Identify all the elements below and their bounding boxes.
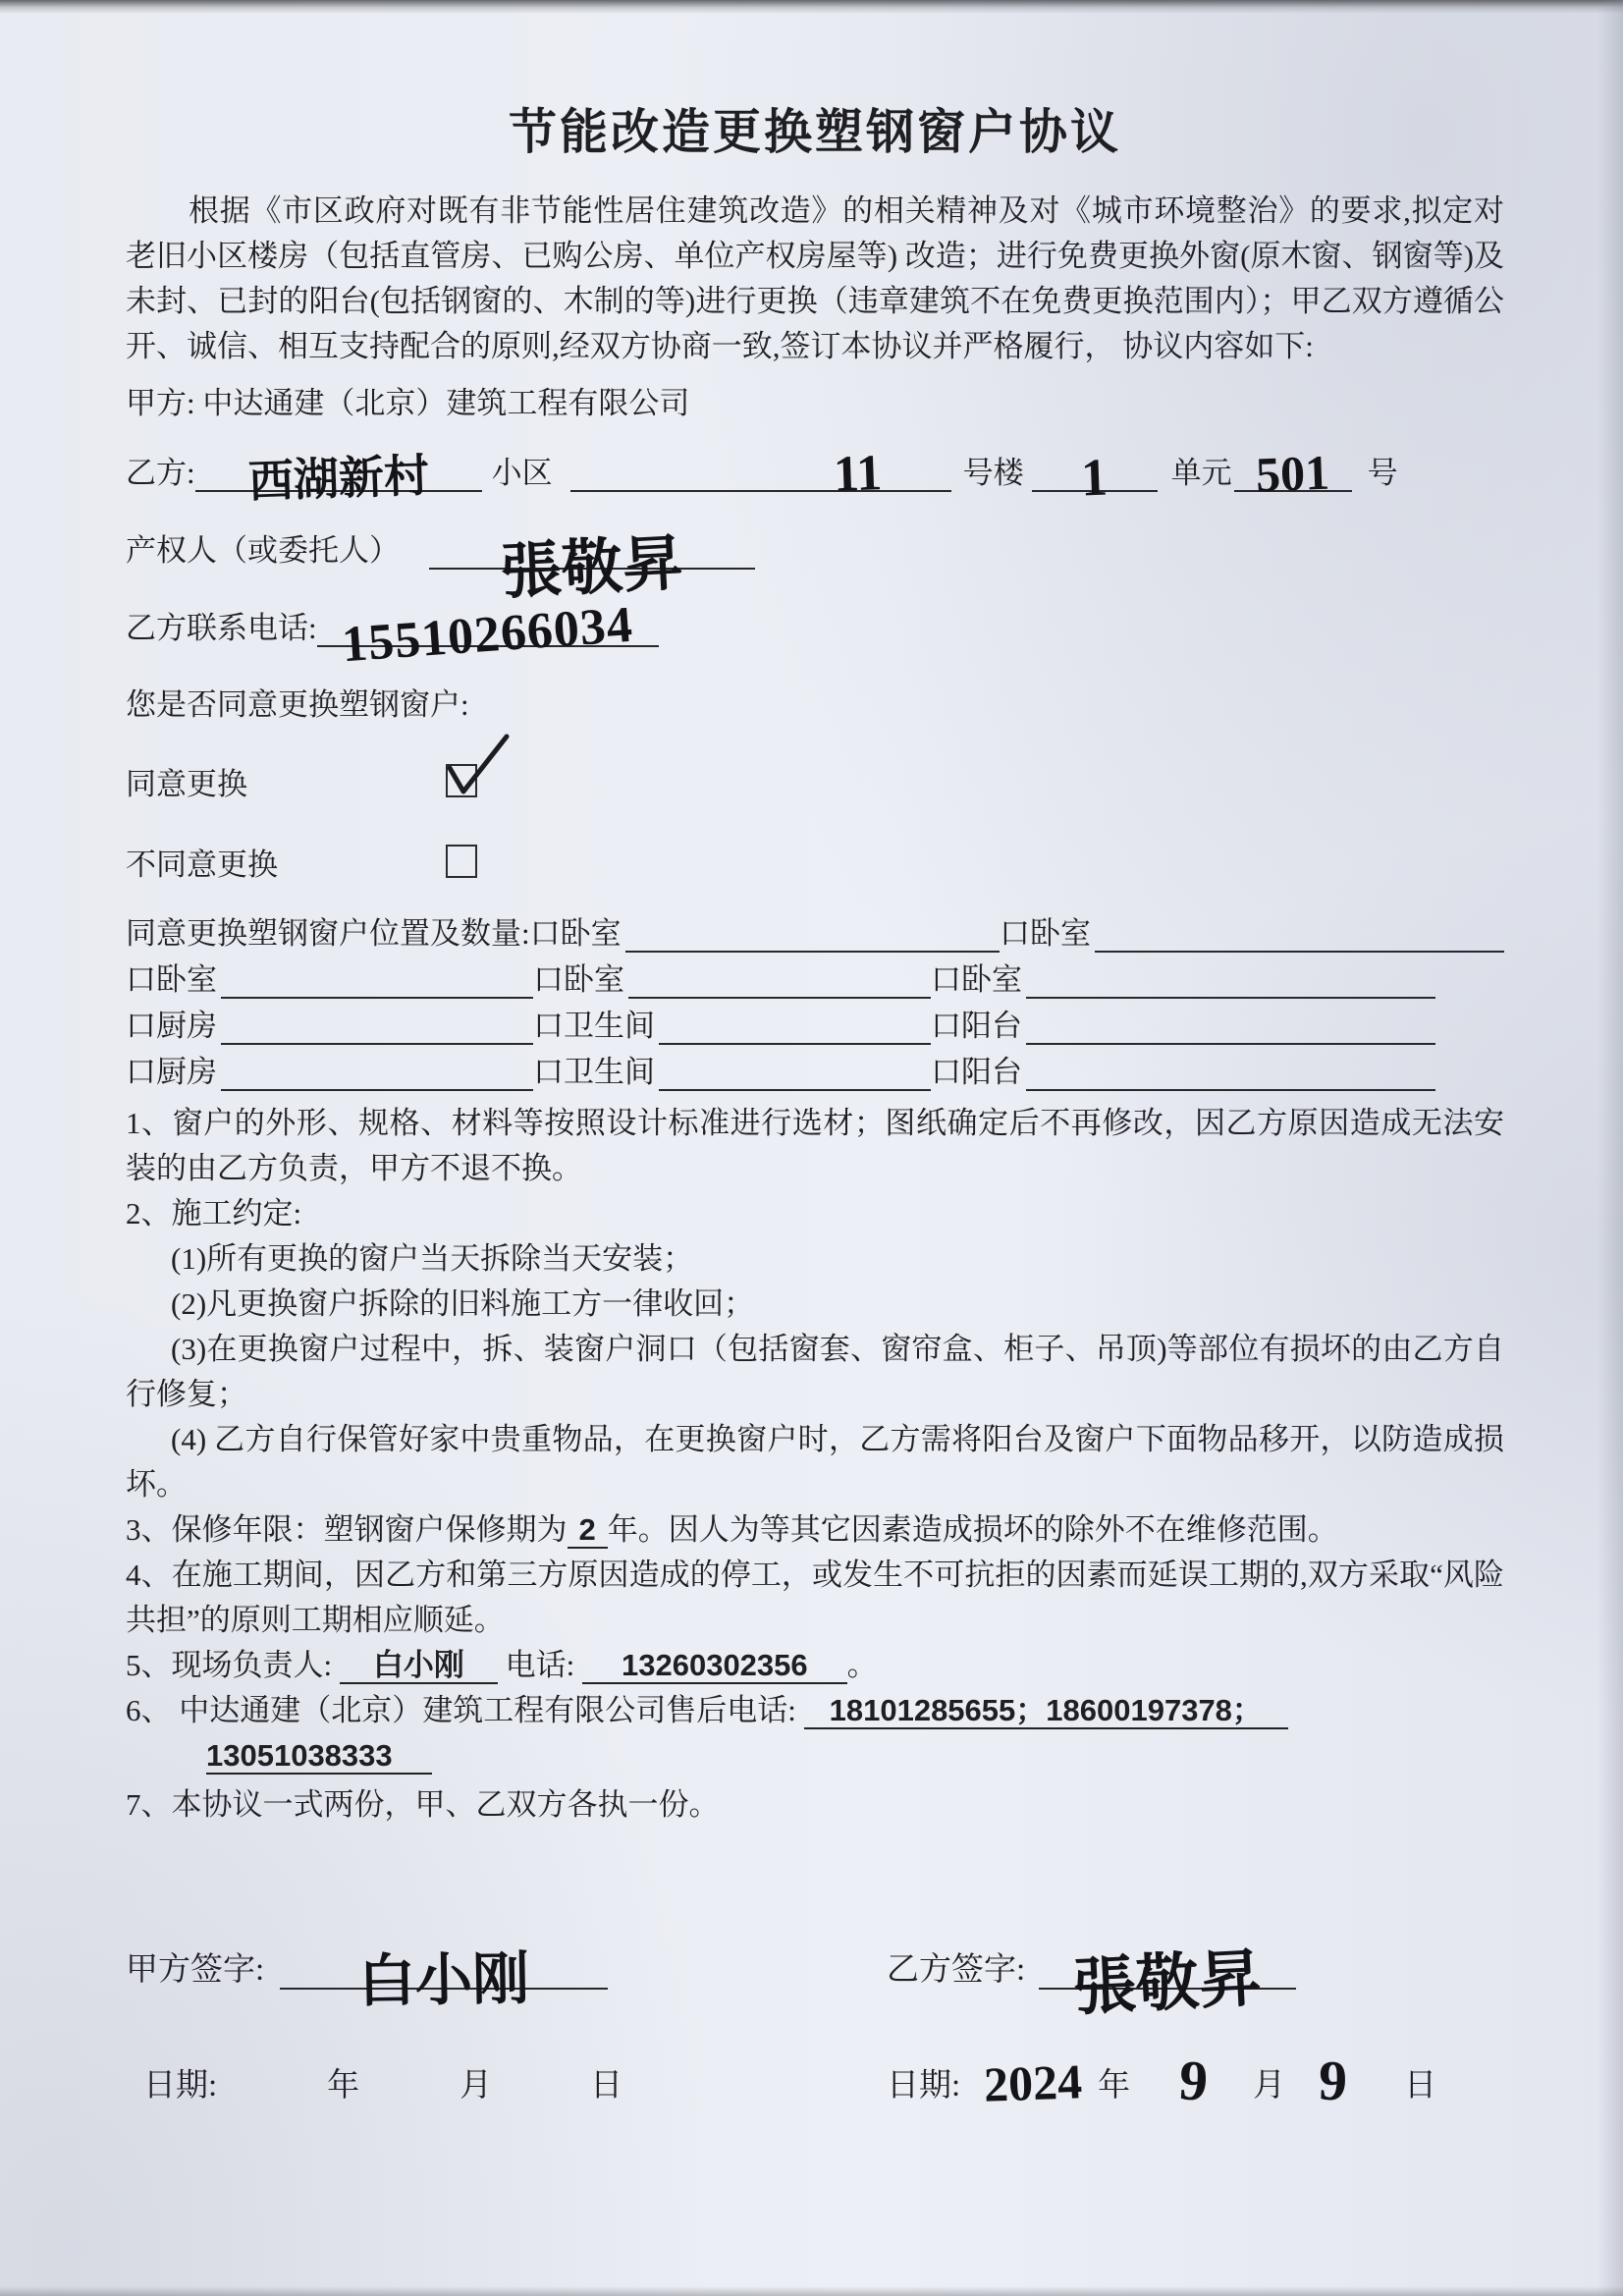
location-item: 口厨房 <box>126 1047 217 1091</box>
location-blank-line <box>628 961 931 999</box>
document-title: 节能改造更换塑钢窗户协议 <box>126 94 1504 163</box>
location-cell: 口卧室 <box>533 955 931 999</box>
unit-suffix: 单元 <box>1171 448 1232 492</box>
phone-field: 15510266034 <box>317 606 659 647</box>
location-cell: 口卫生间 <box>533 1001 931 1045</box>
locations-row-2: 口厨房 口卫生间 口阳台 <box>126 999 1504 1045</box>
location-cell: 口厨房 <box>126 1001 533 1045</box>
party-b-signature-block: 乙方签字: 張敬昇 <box>887 1943 1504 1990</box>
clause-4: 4、在施工期间，因乙方和第三方原因造成的停工，或发生不可抗拒的因素而延误工期的,… <box>126 1553 1504 1643</box>
building-suffix: 号楼 <box>963 448 1024 492</box>
party-a-signature-field: 白小刚 <box>280 1944 608 1990</box>
party-a-year-suffix: 年 <box>327 2059 359 2105</box>
party-a-date-block: 日期: 年 月 日 <box>126 2059 887 2105</box>
site-manager-phone: 13260302356 <box>582 1648 847 1684</box>
party-a-signature-block: 甲方签字: 白小刚 <box>126 1943 887 1990</box>
clause-2-item-1: (1)所有更换的窗户当天拆除当天安装； <box>126 1236 1504 1282</box>
location-cell: 口阳台 <box>931 1001 1435 1045</box>
community-suffix: 小区 <box>492 448 553 492</box>
clause-3-suffix: 年。因人为等其它因素造成损坏的除外不在维修范围。 <box>608 1512 1338 1547</box>
party-b-day-handwriting: 9 <box>1318 2052 1348 2110</box>
room-suffix: 号 <box>1368 448 1398 492</box>
party-b-label: 乙方: <box>126 448 195 492</box>
location-blank-line <box>221 961 533 999</box>
unit-no-handwriting: 1 <box>1080 451 1109 505</box>
intro-paragraph: 根据《市区政府对既有非节能性居住建筑改造》的相关精神及对《城市环境整治》的要求,… <box>126 189 1504 369</box>
location-cell: 口阳台 <box>931 1047 1435 1091</box>
scan-edge-top <box>0 0 1623 14</box>
disagree-checkbox[interactable] <box>446 845 477 878</box>
locations-label: 同意更换塑钢窗户位置及数量: <box>126 908 530 953</box>
building-no-field: 11 <box>570 451 951 492</box>
location-cell: 口卧室 <box>1000 908 1504 953</box>
location-item: 口卧室 <box>533 955 624 999</box>
phone-label: 乙方联系电话: <box>126 603 317 647</box>
clause-7: 7、本协议一式两份，甲、乙双方各执一份。 <box>126 1782 1504 1828</box>
party-a-signature-handwriting: 白小刚 <box>358 1950 530 2010</box>
clause-2-item-3: (3)在更换窗户过程中，拆、装窗户洞口（包括窗套、窗帘盒、柜子、吊顶)等部位有损… <box>126 1327 1504 1417</box>
clause-5-label: 5、现场负责人: <box>126 1648 332 1682</box>
party-b-month-suffix: 月 <box>1253 2059 1285 2105</box>
scanned-agreement-page: 节能改造更换塑钢窗户协议 根据《市区政府对既有非节能性居住建筑改造》的相关精神及… <box>0 0 1623 2296</box>
party-b-line: 乙方: 西湖新村 小区 11 号楼 1 单元 501 号 <box>126 448 1504 492</box>
locations-row-1: 口卧室 口卧室 口卧室 <box>126 953 1504 999</box>
location-item: 口厨房 <box>126 1001 217 1045</box>
location-cell: 口卧室 <box>530 908 1000 953</box>
party-b-day-suffix: 日 <box>1404 2059 1436 2105</box>
location-cell: 口卫生间 <box>533 1047 931 1091</box>
owner-name-field: 張敬昇 <box>429 528 755 570</box>
agree-label: 同意更换 <box>126 759 446 803</box>
clause-5-suffix: 。 <box>847 1648 878 1682</box>
clause-3: 3、保修年限：塑钢窗户保修期为2年。因人为等其它因素造成损坏的除外不在维修范围。 <box>126 1507 1504 1553</box>
agree-checkbox[interactable] <box>446 764 477 797</box>
signature-row: 甲方签字: 白小刚 乙方签字: 張敬昇 <box>126 1943 1504 1990</box>
phone-line: 乙方联系电话: 15510266034 <box>126 603 1504 647</box>
warranty-years-value: 2 <box>568 1512 608 1549</box>
party-a-month-suffix: 月 <box>460 2059 492 2105</box>
unit-no-field: 1 <box>1032 451 1158 492</box>
location-item: 口卫生间 <box>533 1001 655 1045</box>
clause-2-item-2: (2)凡更换窗户拆除的旧料施工方一律收回； <box>126 1282 1504 1327</box>
location-item: 口卫生间 <box>533 1047 655 1091</box>
site-manager-name: 白小刚 <box>340 1648 498 1684</box>
after-sales-phones-line1: 18101285655；18600197378； <box>804 1693 1288 1729</box>
party-a-date-label: 日期: <box>143 2059 217 2105</box>
disagree-option-row: 不同意更换 <box>126 838 1504 885</box>
location-blank-line <box>1026 961 1435 999</box>
clause-5-phone-label: 电话: <box>506 1648 575 1682</box>
location-item: 口阳台 <box>931 1001 1022 1045</box>
location-item: 口卧室 <box>530 908 622 953</box>
community-name-handwriting: 西湖新村 <box>247 454 429 505</box>
location-blank-line <box>221 1054 533 1091</box>
party-b-signature-field: 張敬昇 <box>1039 1944 1296 1990</box>
location-blank-line <box>1095 915 1504 953</box>
party-a-day-suffix: 日 <box>590 2059 622 2105</box>
party-b-year-suffix: 年 <box>1098 2059 1130 2105</box>
location-cell: 口卧室 <box>126 955 533 999</box>
location-item: 口卧室 <box>126 955 217 999</box>
agree-question: 您是否同意更换塑钢窗户: <box>126 683 1504 728</box>
location-cell: 口厨房 <box>126 1047 533 1091</box>
agree-option-row: 同意更换 <box>126 757 1504 804</box>
location-blank-line <box>221 1008 533 1045</box>
phone-handwriting: 15510266034 <box>341 600 635 672</box>
location-item: 口阳台 <box>931 1047 1022 1091</box>
clause-2-item-4: (4) 乙方自行保管好家中贵重物品，在更换窗户时，乙方需将阳台及窗户下面物品移开… <box>126 1417 1504 1507</box>
disagree-label: 不同意更换 <box>126 840 446 884</box>
location-blank-line <box>659 1054 931 1091</box>
owner-name-handwriting: 張敬昇 <box>499 533 684 604</box>
location-blank-line <box>625 915 1000 953</box>
party-b-date-block: 日期: 2024 年 9 月 9 日 <box>887 2049 1504 2105</box>
owner-label: 产权人（或委托人） <box>126 525 400 570</box>
check-mark-icon <box>444 731 516 801</box>
building-no-handwriting: 11 <box>834 448 884 501</box>
party-b-month-handwriting: 9 <box>1177 2051 1210 2110</box>
party-b-signature-handwriting: 張敬昇 <box>1072 1947 1264 2020</box>
community-name-field: 西湖新村 <box>195 451 482 492</box>
party-a-line: 甲方: 中达通建（北京）建筑工程有限公司 <box>126 381 1504 426</box>
clause-6-continued: 13051038333 <box>126 1733 1504 1778</box>
document-content: 节能改造更换塑钢窗户协议 根据《市区政府对既有非节能性居住建筑改造》的相关精神及… <box>126 94 1504 2105</box>
room-no-field: 501 <box>1234 451 1352 492</box>
room-no-handwriting: 501 <box>1255 448 1330 500</box>
party-b-year-handwriting: 2024 <box>983 2056 1083 2108</box>
party-a-signature-label: 甲方签字: <box>126 1943 264 1990</box>
scan-edge-right <box>1597 0 1623 2296</box>
clause-2: 2、施工约定: <box>126 1191 1504 1236</box>
owner-line: 产权人（或委托人） 張敬昇 <box>126 525 1504 570</box>
location-item: 口卧室 <box>931 955 1022 999</box>
clause-6: 6、 中达通建（北京）建筑工程有限公司售后电话: 18101285655；186… <box>126 1688 1504 1733</box>
clause-1: 1、窗户的外形、规格、材料等按照设计标准进行选材；图纸确定后不再修改，因乙方原因… <box>126 1101 1504 1191</box>
clause-3-prefix: 3、保修年限：塑钢窗户保修期为 <box>126 1512 568 1547</box>
location-blank-line <box>1026 1008 1435 1045</box>
party-b-signature-label: 乙方签字: <box>887 1943 1025 1990</box>
party-b-date-label: 日期: <box>887 2059 960 2105</box>
locations-row-3: 口厨房 口卫生间 口阳台 <box>126 1045 1504 1091</box>
location-cell: 口卧室 <box>931 955 1435 999</box>
scan-edge-bottom <box>0 2286 1623 2296</box>
location-item: 口卧室 <box>1000 908 1091 953</box>
locations-row-0: 同意更换塑钢窗户位置及数量: 口卧室 口卧室 <box>126 906 1504 953</box>
date-row: 日期: 年 月 日 日期: 2024 年 9 月 9 日 <box>126 2049 1504 2105</box>
location-blank-line <box>1026 1054 1435 1091</box>
clause-5: 5、现场负责人: 白小刚 电话: 13260302356。 <box>126 1643 1504 1688</box>
after-sales-phones-line2: 13051038333 <box>206 1738 432 1775</box>
location-blank-line <box>659 1008 931 1045</box>
clause-6-label: 6、 中达通建（北京）建筑工程有限公司售后电话: <box>126 1693 796 1727</box>
